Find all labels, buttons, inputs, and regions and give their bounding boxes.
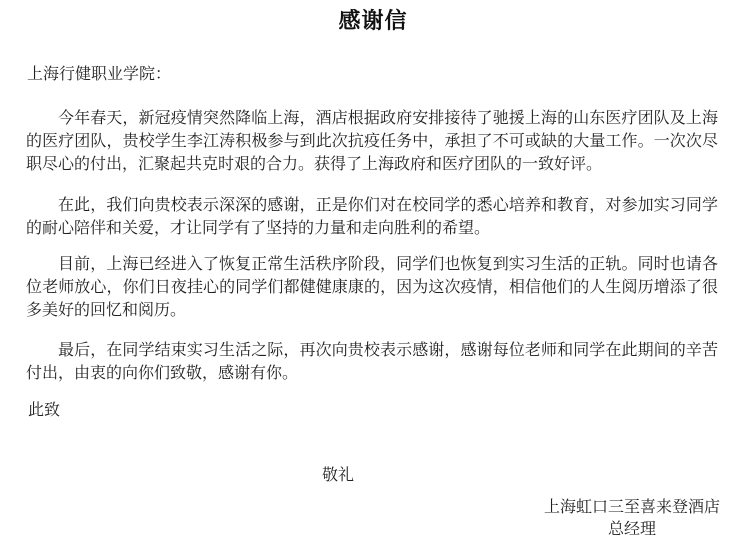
signature-block: 上海虹口三至喜来登酒店 总经理 [544, 497, 720, 541]
letter-recipient: 上海行健职业学院： [27, 63, 171, 86]
thank-you-letter-page: 感谢信 上海行健职业学院： 今年春天，新冠疫情突然降临上海，酒店根据政府安排接待… [0, 0, 746, 542]
letter-salute: 敬礼 [322, 464, 354, 487]
letter-paragraph-2: 在此，我们向贵校表示深深的感谢，正是你们对在校同学的悉心培养和教育，对参加实习同… [26, 194, 718, 240]
letter-title: 感谢信 [0, 8, 746, 34]
letter-paragraph-3: 目前，上海已经进入了恢复正常生活秩序阶段，同学们也恢复到实习生活的正轨。同时也请… [26, 253, 718, 322]
letter-paragraph-4: 最后，在同学结束实习生活之际，再次向贵校表示感谢，感谢每位老师和同学在此期间的辛… [26, 339, 718, 385]
letter-paragraph-1: 今年春天，新冠疫情突然降临上海，酒店根据政府安排接待了驰援上海的山东医疗团队及上… [26, 107, 718, 176]
signature-organization: 上海虹口三至喜来登酒店 [544, 497, 720, 519]
signature-signer: 总经理 [544, 519, 720, 541]
letter-closing: 此致 [28, 399, 60, 422]
